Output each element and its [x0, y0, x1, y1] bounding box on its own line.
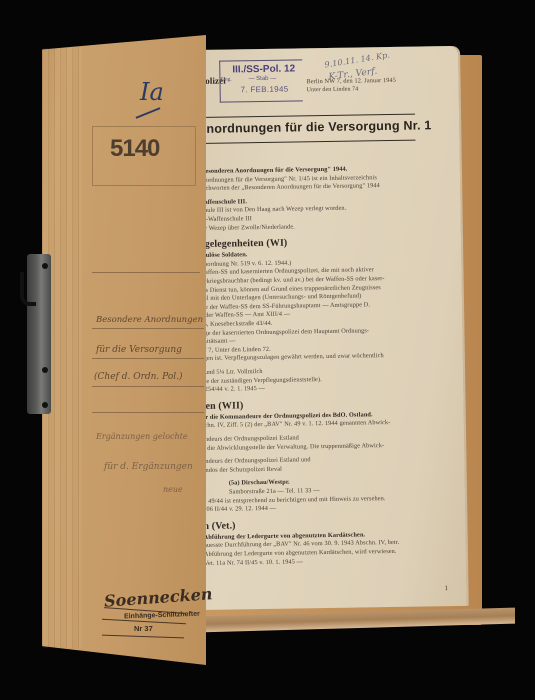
body-line: Vet. 11a Nr. 74 II/45 v. 10. 1. 1945 — [204, 558, 303, 567]
stamp-date: 7. FEB.1945 [241, 85, 289, 95]
title-rule-bottom [197, 140, 415, 145]
handwritten-note-2: für d. Ergänzungen [104, 462, 193, 472]
stamp-unit: III./SS-Pol. 12 [232, 63, 295, 75]
title-rule-top [197, 114, 415, 119]
body-line: 706 II/44 v. 29. 12. 1944 — [203, 505, 276, 513]
body-line: Abführung der Ledergurte von abgenutzten… [204, 548, 397, 558]
body-line: n der Waffen-SS — Amt XIII/4 — [200, 311, 290, 319]
section-heading: n (Vet.) [203, 520, 235, 532]
stamp-sub: — Stab — [248, 76, 276, 82]
document-title: Anordnungen für die Versorgung Nr. 1 [197, 118, 432, 136]
body-line: . 254/44 v. 2. 1. 1945 — [201, 385, 265, 393]
body-line: rige der kasernierten Ordnungspolizei de… [200, 327, 369, 337]
body-line: r und 5¼ Ltr. Vollmilch [201, 368, 263, 376]
body-line: rkulöse Soldaten. [199, 251, 247, 259]
body-line: schn. IV, Ziff. 5 (2) der „BAV" Nr. 49 v… [202, 419, 391, 429]
body-line: ger Wezep über Zwolle/Niederlande. [199, 223, 295, 232]
file-number: 5140 [110, 135, 159, 163]
body-line: Stichworten der „Besonderen Anordnungen … [198, 182, 380, 192]
body-line: Anordnung Nr. 519 v. 6. 12. 1944.) [199, 259, 291, 267]
cover-rule [92, 358, 204, 359]
address: Unter den Linden 74 [307, 86, 359, 93]
handwritten-title-1: Besondere Anordnungen [96, 315, 203, 325]
body-line: n die Abwicklungsstelle der Verwaltung. … [202, 442, 384, 452]
handwritten-annotation-1: 9.10.11. 14. Kp. [324, 50, 391, 69]
body-line: SS-Waffenschule III [199, 215, 252, 223]
section-heading: ngelegenheiten (WI) [199, 238, 287, 250]
fastener-hook [20, 272, 36, 306]
body-line: r. 49/44 ist entsprechend zu berichtigen… [203, 495, 386, 505]
cover-rule [92, 272, 200, 273]
rivet-hole [42, 263, 48, 269]
body-line: schule III ist von Den Haag nach Wezep v… [198, 205, 346, 214]
body-line: Samborstraße 21a — Tel. 11 33 — [229, 487, 320, 495]
body-line: andeurs der Ordnungspolizei Estland [202, 434, 299, 443]
stamp-prefix: Eing. [220, 77, 231, 82]
body-line: W 7, Unter den Linden 72. [201, 346, 271, 354]
body-line: andeurs der Ordnungspolizei Estland und [202, 456, 310, 465]
handwritten-note-3: neue [163, 485, 183, 494]
rivet-hole [42, 367, 48, 373]
place-date: Berlin NW 7, den 12. Januar 1945 [306, 77, 396, 85]
page-number: 1 [444, 584, 448, 592]
cover-rule [92, 412, 204, 413]
section-heading: sen (WII) [202, 400, 244, 412]
handwritten-title-3: (Chef d. Ordn. Pol.) [94, 372, 183, 382]
body-line: ine der zuständigen Verpflegungsdienstst… [201, 376, 322, 385]
handwritten-note-1: Ergänzungen gelochte [96, 432, 188, 441]
body-line: andos der Schutzpolizei Reval [203, 465, 282, 473]
brand-number: Nr 37 [134, 624, 153, 633]
cover-rule [92, 386, 204, 387]
body-line: (5a) Dirschau/Westpr. [229, 479, 290, 487]
body-line: 85, Knesebeckstraße 43/44. [200, 320, 272, 328]
body-line: ige der Waffen-SS dem SS-Führungshauptam… [200, 301, 370, 311]
body-line: egen ist. Verpflegungszulagen gewährt we… [201, 352, 384, 362]
section-mark: Ia [140, 78, 164, 106]
document-page[interactable]: III./SS-Pol. 12 — Stab — 7. FEB.1945 spo… [196, 46, 467, 610]
document-body: „Besonderen Anordnungen für die Versorgu… [196, 46, 458, 50]
handwritten-title-2: für die Versorgung [96, 345, 182, 355]
cover-rule [92, 328, 204, 329]
rivet-hole [42, 402, 48, 408]
